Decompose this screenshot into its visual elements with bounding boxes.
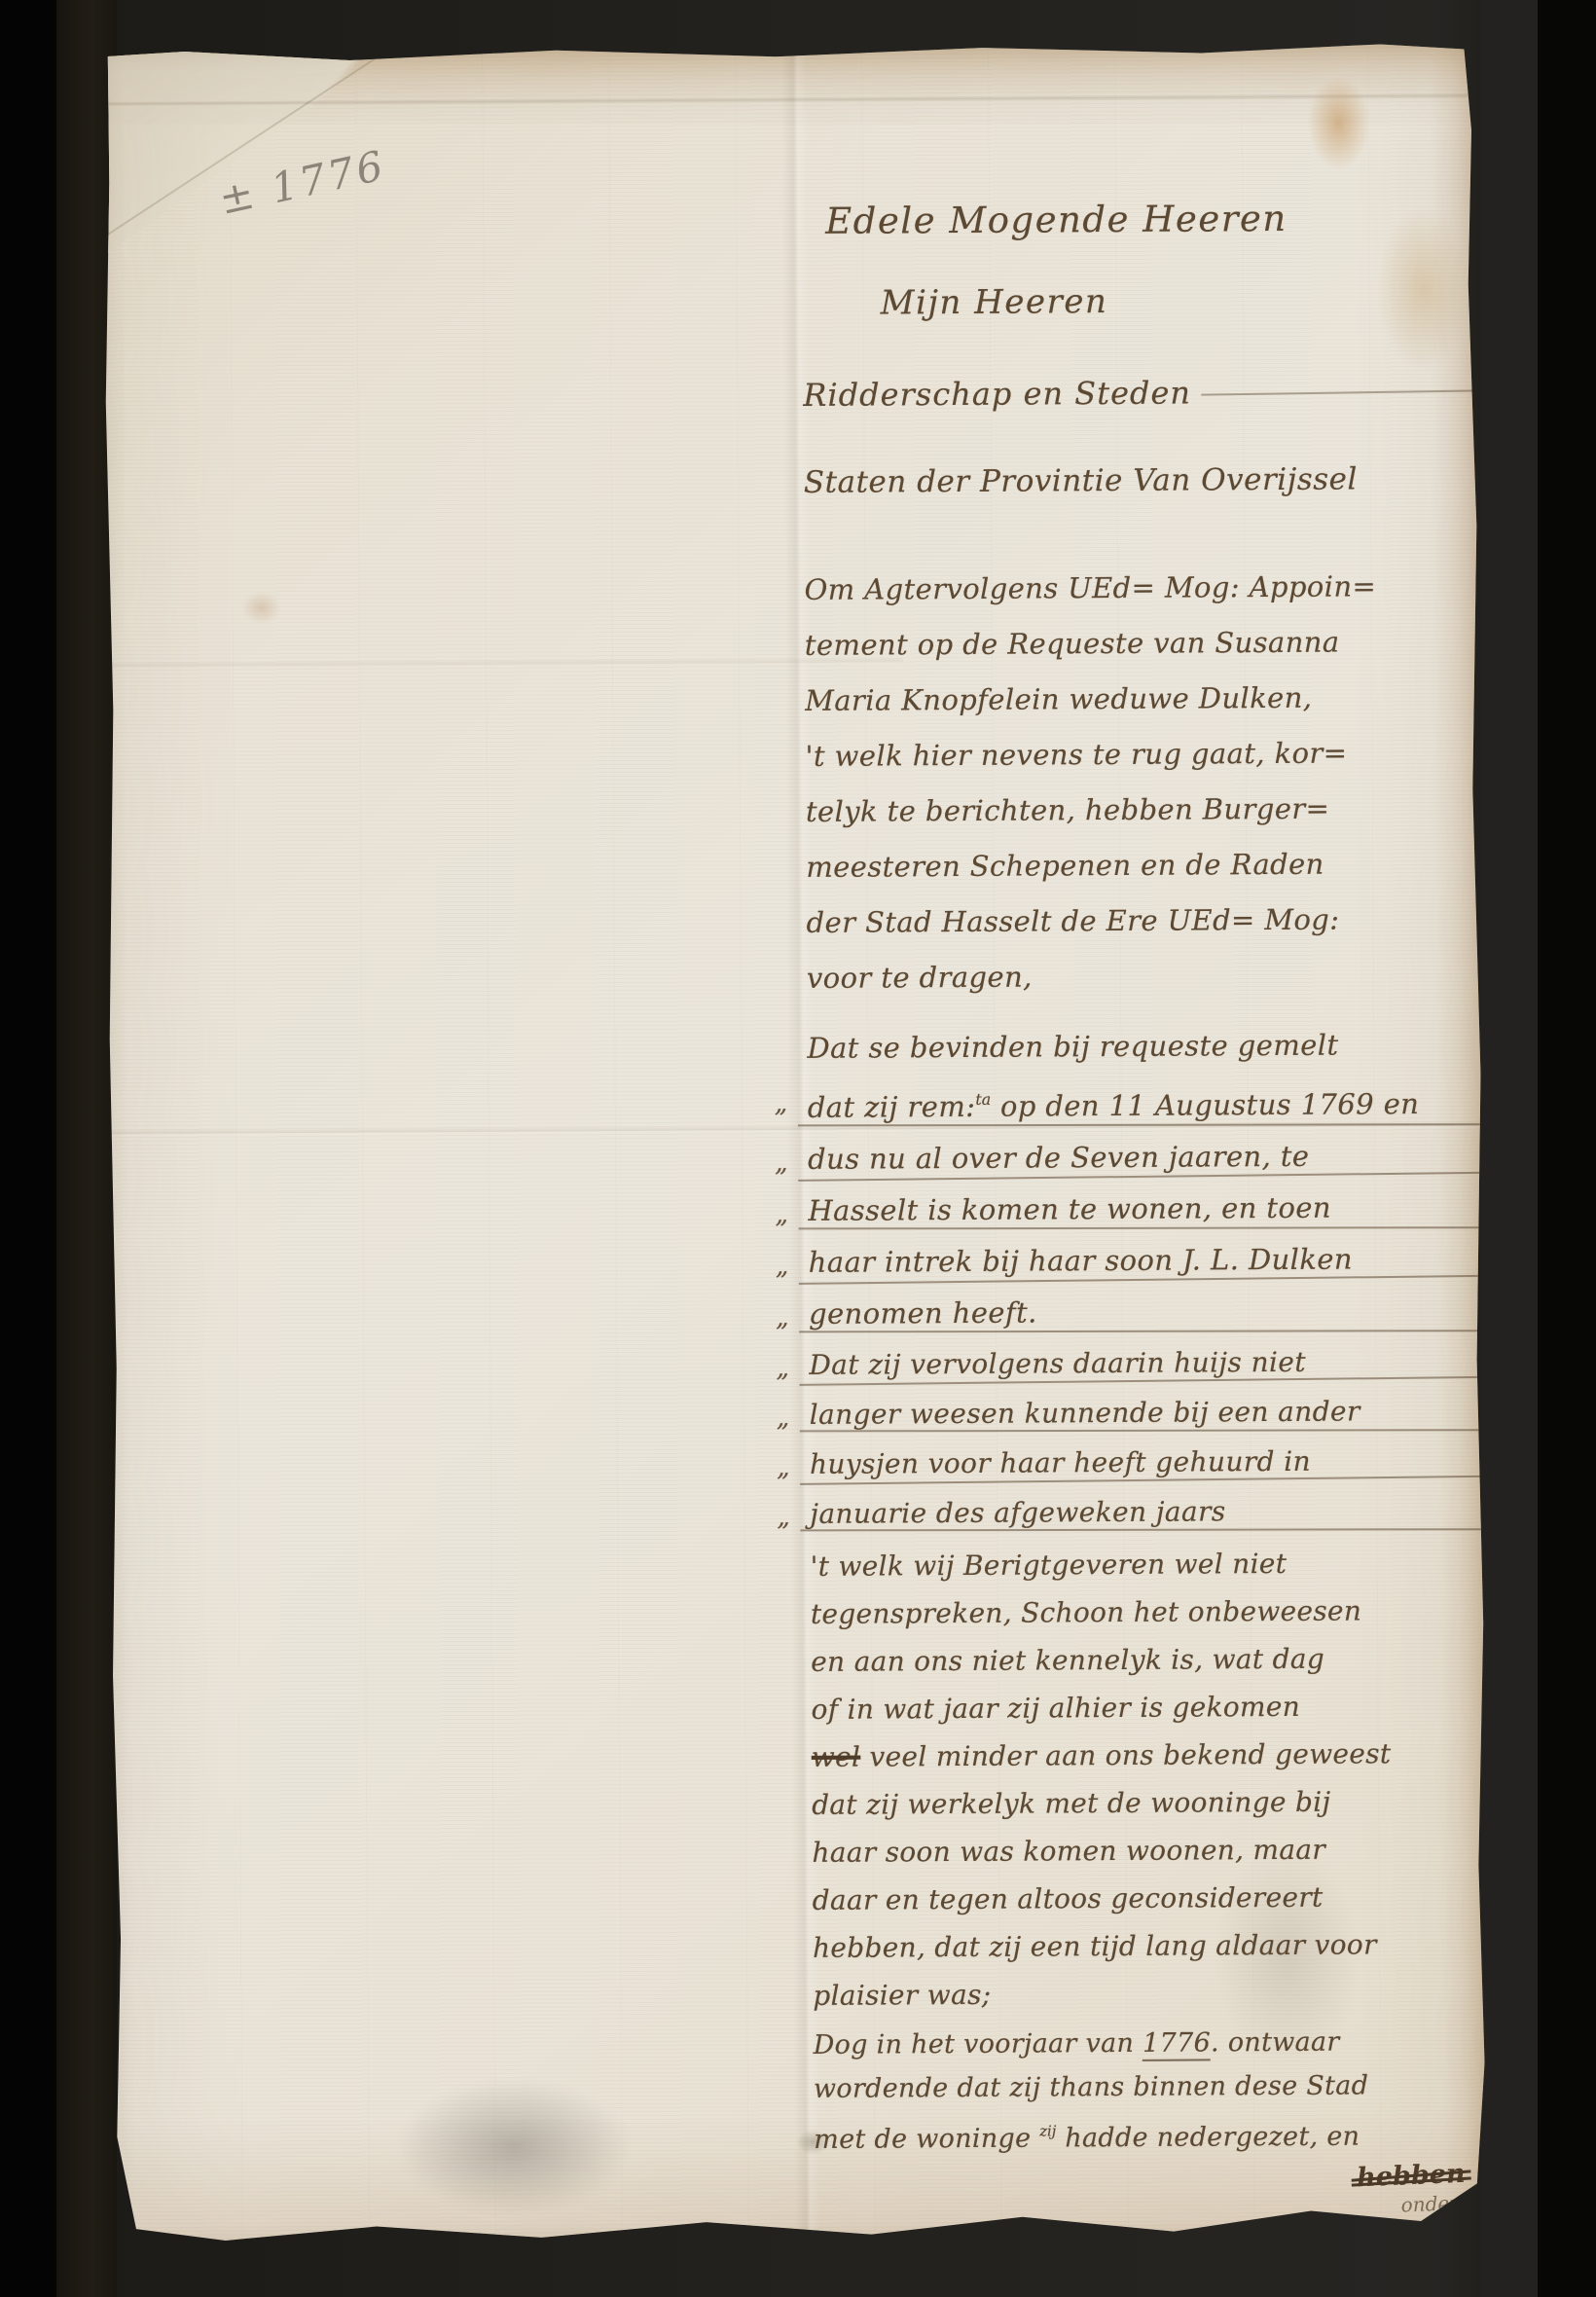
ink-text: meesteren Schepenen en de Raden (806, 848, 1324, 884)
backing-left-black-band (0, 0, 56, 2297)
manuscript-line: Maria Knopfelein weduwe Dulken, (805, 670, 1492, 729)
manuscript-line: „dat zij rem:ta op den 11 Augustus 1769 … (808, 1071, 1495, 1134)
manuscript-line: 't welk wij Berigtgeveren wel niet (810, 1539, 1497, 1590)
manuscript-line: meesteren Schepenen en de Raden (806, 836, 1493, 895)
catchword-flourish-line (1384, 2219, 1468, 2229)
ink-text: genomen heeft. (809, 1295, 1037, 1330)
ink-text: dat zij werkelyk met de wooninge bij (812, 1786, 1330, 1821)
ink-text: voor te dragen, (807, 961, 1033, 995)
margin-quote-mark: „ (775, 1078, 788, 1130)
ink-text: haar soon was komen woonen, maar (812, 1834, 1325, 1869)
catchword-struck-word: hebben (1357, 2159, 1467, 2194)
manuscript-line: telyk te berichten, hebben Burger= (806, 781, 1493, 840)
manuscript-line: Dog in het voorjaar van 1776. ontwaar (814, 2020, 1501, 2067)
backing-right-black-band (1538, 0, 1596, 2297)
ink-text: Om Agtervolgens UEd= Mog: Appoin= (804, 569, 1376, 606)
ink-text: . ontwaar (1211, 2027, 1340, 2059)
manuscript-line: „langer weesen kunnende bij een ander (810, 1386, 1497, 1440)
ink-text: Mijn Heeren (881, 282, 1108, 322)
backing-right-gray-band (1481, 0, 1538, 2297)
ink-text: daar en tegen altoos geconsidereert (813, 1881, 1324, 1916)
manuscript-line: tement op de Requeste van Susanna (805, 614, 1492, 674)
manuscript-line: „januarie des afgeweken jaars (810, 1485, 1497, 1539)
manuscript-line: Edele Mogende Heeren (825, 189, 1489, 251)
manuscript-line: „haar intrek bij haar soon J. L. Dulken (809, 1233, 1496, 1289)
ink-text: Maria Knopfelein weduwe Dulken, (805, 681, 1312, 717)
manuscript-line: Om Agtervolgens UEd= Mog: Appoin= (804, 559, 1491, 618)
ink-text: dus nu al over de Seven jaaren, te (808, 1140, 1310, 1176)
ink-text: wordende dat zij thans binnen dese Stad (814, 2070, 1369, 2103)
manuscript-line: voor te dragen, (807, 947, 1494, 1006)
ink-text: 't welk wij Berigtgeveren wel niet (811, 1548, 1288, 1583)
ink-text: Staten der Provintie Van Overijssel (804, 461, 1358, 499)
superscript-insertion: ta (975, 1090, 991, 1109)
manuscript-line: Ridderschap en Steden (803, 364, 1490, 423)
ink-text: januarie des afgeweken jaars (810, 1495, 1225, 1530)
manuscript-line: tegenspreken, Schoon het onbeweesen (811, 1586, 1498, 1638)
manuscript-line: Mijn Heeren (881, 273, 1490, 332)
manuscript-line: wel veel minder aan ons bekend geweest (812, 1730, 1499, 1781)
manuscript-page: ± 1776 Edele Mogende HeerenMijn HeerenRi… (102, 43, 1490, 2247)
margin-quote-mark: „ (777, 1443, 790, 1493)
margin-quote-mark: „ (776, 1293, 789, 1344)
ink-text: en aan ons niet kennelyk is, wat dag (811, 1643, 1324, 1678)
ink-text: telyk te berichten, hebben Burger= (806, 792, 1330, 828)
ink-text: hadde nedergezet, en (1056, 2122, 1360, 2154)
margin-quote-mark: „ (777, 1493, 790, 1543)
stain (242, 591, 281, 624)
margin-quote-mark: „ (775, 1138, 788, 1189)
manuscript-line: daar en tegen altoos geconsidereert (813, 1873, 1500, 1924)
catchword-block: hebben onder (813, 2157, 1503, 2259)
ink-text: of in wat jaar zij alhier is gekomen (811, 1691, 1300, 1726)
manuscript-line: en aan ons niet kennelyk is, wat dag (811, 1634, 1498, 1686)
manuscript-line: 't welk hier nevens te rug gaat, kor= (805, 725, 1492, 784)
manuscript-line: der Stad Hasselt de Ere UEd= Mog: (806, 892, 1493, 951)
ink-text: 't welk hier nevens te rug gaat, kor= (805, 737, 1347, 773)
margin-quote-mark: „ (775, 1189, 788, 1241)
ink-text: dat zij rem: (808, 1090, 976, 1124)
manuscript-line: „genomen heeft. (809, 1285, 1496, 1340)
manuscript-line: haar soon was komen woonen, maar (812, 1825, 1499, 1877)
margin-quote-mark: „ (776, 1241, 789, 1293)
manuscript-line: „huysjen voor haar heeft gehuurd in (810, 1436, 1497, 1489)
stain (397, 2078, 632, 2215)
ink-text: tement op de Requeste van Susanna (805, 626, 1340, 662)
manuscript-text-block: Edele Mogende HeerenMijn HeerenRiddersch… (802, 189, 1502, 2247)
ink-text: Edele Mogende Heeren (825, 198, 1288, 242)
ink-text: met de woninge (814, 2124, 1039, 2155)
manuscript-lines: Edele Mogende HeerenMijn HeerenRiddersch… (802, 189, 1501, 2162)
ink-text: Dog in het voorjaar van (814, 2028, 1143, 2060)
manuscript-line: „Hasselt is komen te wonen, en toen (808, 1182, 1495, 1237)
ink-text: haar intrek bij haar soon J. L. Dulken (809, 1242, 1353, 1278)
margin-quote-mark: „ (777, 1394, 790, 1443)
margin-quote-mark: „ (776, 1344, 789, 1394)
manuscript-line: „dus nu al over de Seven jaaren, te (808, 1130, 1495, 1185)
stain (1307, 76, 1370, 169)
horizontal-fold-crease-faint (106, 657, 903, 668)
ink-text: plaisier was; (813, 1979, 991, 2012)
manuscript-line: Dat se bevinden bij requeste gemelt (807, 1019, 1494, 1075)
photo-background: ± 1776 Edele Mogende HeerenMijn HeerenRi… (0, 0, 1596, 2297)
superscript-insertion: zij (1039, 2122, 1056, 2139)
ink-text: huysjen voor haar heeft gehuurd in (810, 1445, 1311, 1480)
ink-text: veel minder aan ons bekend geweest (860, 1737, 1391, 1772)
manuscript-line: wordende dat zij thans binnen dese Stad (814, 2063, 1501, 2111)
struck-word: wel (812, 1741, 861, 1773)
ink-text: der Stad Hasselt de Ere UEd= Mog: (807, 903, 1340, 939)
manuscript-line: met de woninge zij hadde nedergezet, en (814, 2107, 1501, 2162)
ink-text: op den 11 Augustus 1769 en (991, 1087, 1419, 1123)
manuscript-line: of in wat jaar zij alhier is gekomen (811, 1682, 1498, 1733)
ink-text: Dat se bevinden bij requeste gemelt (807, 1029, 1338, 1065)
manuscript-line: „Dat zij vervolgens daarin huijs niet (809, 1336, 1496, 1390)
ink-text: langer weesen kunnende bij een ander (810, 1395, 1360, 1430)
manuscript-line: hebben, dat zij een tijd lang aldaar voo… (813, 1920, 1500, 1972)
ink-text: Ridderschap en Steden (803, 375, 1191, 414)
ink-text: 1776 (1143, 2027, 1211, 2060)
ink-text: Dat zij vervolgens daarin huijs niet (809, 1346, 1306, 1381)
ink-text: hebben, dat zij een tijd lang aldaar voo… (813, 1928, 1377, 1964)
ink-text: tegenspreken, Schoon het onbeweesen (811, 1594, 1361, 1629)
ink-text: Hasselt is komen te wonen, en toen (808, 1191, 1331, 1227)
manuscript-line: dat zij werkelyk met de wooninge bij (812, 1777, 1499, 1829)
manuscript-line: Staten der Provintie Van Overijssel (804, 452, 1491, 511)
manuscript-line: plaisier was; (813, 1968, 1500, 2020)
